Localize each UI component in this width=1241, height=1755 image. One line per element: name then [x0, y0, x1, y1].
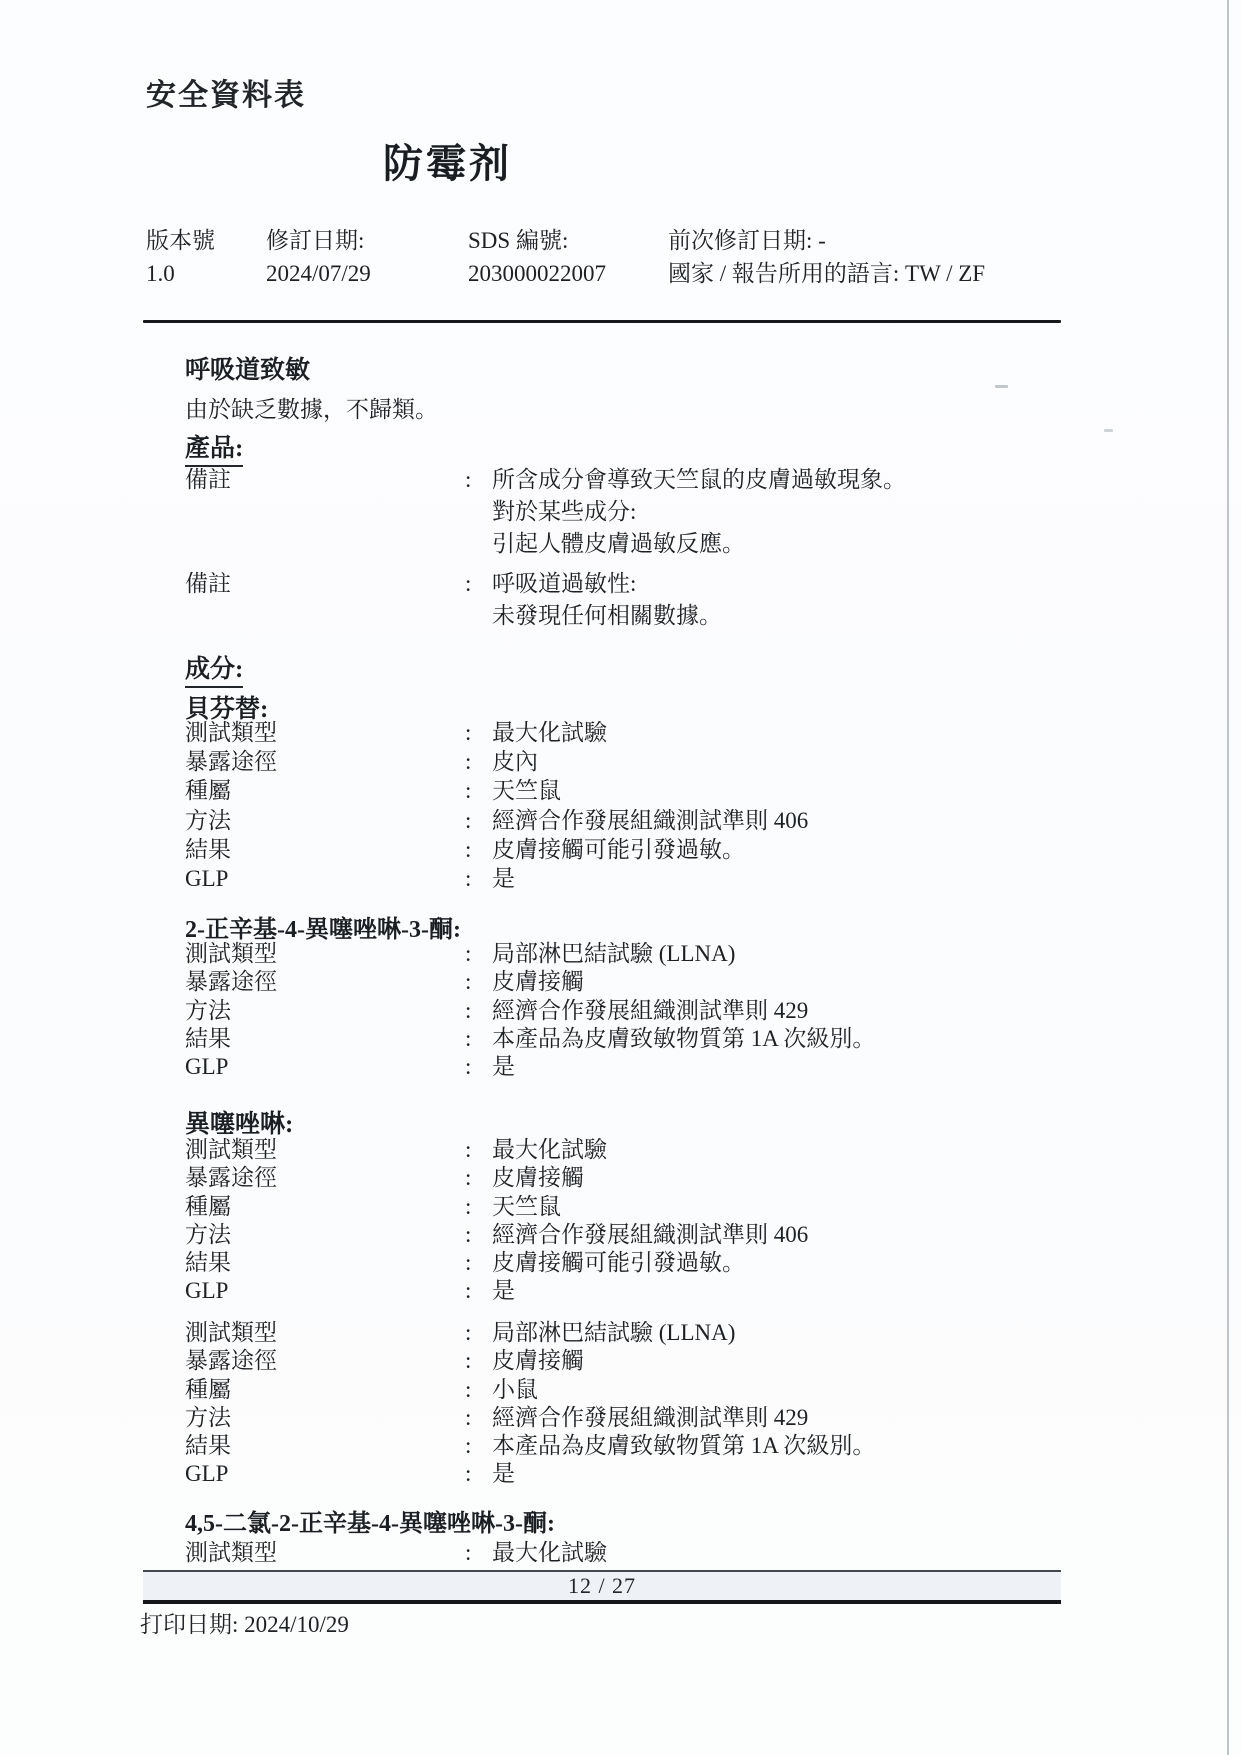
field-value-line: 是	[492, 1460, 1085, 1488]
revision-date-value: 2024/07/29	[266, 257, 468, 290]
field-row: 方法:經濟合作發展組織測試準則 406	[185, 1221, 1085, 1249]
field-row: 種屬:天竺鼠	[185, 776, 1085, 805]
field-value: 天竺鼠	[492, 776, 1085, 805]
field-label: 測試類型	[185, 940, 465, 968]
document-title: 安全資料表	[146, 70, 306, 114]
field-value: 皮膚接觸	[492, 1164, 1085, 1192]
component-isothiazoline-data-2: 測試類型:局部淋巴結試驗 (LLNA)暴露途徑:皮膚接觸種屬:小鼠方法:經濟合作…	[185, 1319, 1085, 1489]
field-colon: :	[465, 968, 492, 996]
print-date: 打印日期: 2024/10/29	[140, 1606, 349, 1639]
field-label: GLP	[185, 864, 465, 893]
footer-band: 12 / 27	[143, 1572, 1061, 1600]
field-value-line: 本產品為皮膚致敏物質第 1A 次級別。	[492, 1432, 1085, 1460]
field-value: 皮膚接觸	[492, 1347, 1085, 1375]
field-colon: :	[465, 1053, 492, 1081]
field-value-line: 所含成分會導致天竺鼠的皮膚過敏現象。	[492, 464, 1085, 496]
field-label: 測試類型	[185, 1538, 465, 1567]
field-row: 測試類型:局部淋巴結試驗 (LLNA)	[185, 940, 1085, 968]
field-row: 備註:所含成分會導致天竺鼠的皮膚過敏現象。對於某些成分:引起人體皮膚過敏反應。	[185, 464, 1085, 560]
field-value-line: 本產品為皮膚致敏物質第 1A 次級別。	[492, 1025, 1085, 1053]
field-label: 暴露途徑	[185, 747, 465, 776]
field-value-line: 是	[492, 1277, 1085, 1305]
field-row: GLP:是	[185, 864, 1085, 893]
field-row: 方法:經濟合作發展組織測試準則 429	[185, 997, 1085, 1025]
field-label: 測試類型	[185, 718, 465, 747]
field-value-line: 皮膚接觸可能引發過敏。	[492, 835, 1085, 864]
field-row: 測試類型:最大化試驗	[185, 1136, 1085, 1164]
field-colon: :	[465, 1538, 492, 1567]
sds-document-page: 安全資料表 防霉剂 版本號 1.0 修訂日期: 2024/07/29 SDS 編…	[0, 0, 1241, 1755]
field-value: 經濟合作發展組織測試準則 406	[492, 806, 1085, 835]
field-value-line: 局部淋巴結試驗 (LLNA)	[492, 940, 1085, 968]
field-value-line: 皮膚接觸	[492, 968, 1085, 996]
field-label: 方法	[185, 806, 465, 835]
field-value: 本產品為皮膚致敏物質第 1A 次級別。	[492, 1025, 1085, 1053]
scan-artifact	[1104, 429, 1113, 432]
component-heading-dichloro-octylisothiazolinone: 4,5-二氯-2-正辛基-4-異噻唑啉-3-酮:	[185, 1503, 555, 1538]
field-colon: :	[465, 1376, 492, 1404]
field-row: 方法:經濟合作發展組織測試準則 429	[185, 1404, 1085, 1432]
version-value: 1.0	[146, 257, 266, 290]
field-label: 方法	[185, 1404, 465, 1432]
field-value-line: 是	[492, 1053, 1085, 1081]
field-colon: :	[465, 776, 492, 805]
component-heading-isothiazoline: 異噻唑啉:	[185, 1104, 293, 1140]
product-remark-2: 備註:呼吸道過敏性:未發現任何相關數據。	[185, 568, 1085, 632]
field-label: 備註	[185, 464, 465, 560]
field-value: 最大化試驗	[492, 718, 1085, 747]
field-colon: :	[465, 1432, 492, 1460]
field-value-line: 小鼠	[492, 1376, 1085, 1404]
component-octylisothiazolinone-data: 測試類型:局部淋巴結試驗 (LLNA)暴露途徑:皮膚接觸方法:經濟合作發展組織測…	[185, 940, 1085, 1081]
field-value: 經濟合作發展組織測試準則 429	[492, 997, 1085, 1025]
field-colon: :	[465, 568, 492, 632]
field-value: 天竺鼠	[492, 1193, 1085, 1221]
field-value: 是	[492, 1460, 1085, 1488]
field-value-line: 經濟合作發展組織測試準則 429	[492, 1404, 1085, 1432]
field-colon: :	[465, 718, 492, 747]
field-value-line: 皮膚接觸	[492, 1164, 1085, 1192]
sds-number-label: SDS 編號:	[468, 224, 668, 257]
field-label: GLP	[185, 1053, 465, 1081]
field-label: 結果	[185, 1249, 465, 1277]
section-heading-product-wrap: 產品:	[185, 428, 243, 467]
field-colon: :	[465, 1277, 492, 1305]
field-colon: :	[465, 1319, 492, 1347]
field-label: 備註	[185, 568, 465, 632]
field-value: 最大化試驗	[492, 1538, 1085, 1567]
field-value: 局部淋巴結試驗 (LLNA)	[492, 940, 1085, 968]
field-value-line: 皮內	[492, 747, 1085, 776]
field-value-line: 引起人體皮膚過敏反應。	[492, 528, 1085, 560]
field-value: 最大化試驗	[492, 1136, 1085, 1164]
field-row: 結果:皮膚接觸可能引發過敏。	[185, 835, 1085, 864]
field-value: 皮膚接觸可能引發過敏。	[492, 1249, 1085, 1277]
field-colon: :	[465, 1136, 492, 1164]
field-row: GLP:是	[185, 1460, 1085, 1488]
header-rule	[143, 320, 1061, 323]
field-row: 暴露途徑:皮膚接觸	[185, 968, 1085, 996]
field-colon: :	[465, 1193, 492, 1221]
field-row: 種屬:小鼠	[185, 1376, 1085, 1404]
field-colon: :	[465, 464, 492, 560]
sds-number-value: 203000022007	[468, 257, 668, 290]
section-heading-respiratory-sensitisation: 呼吸道致敏	[185, 350, 310, 386]
field-colon: :	[465, 997, 492, 1025]
field-row: 備註:呼吸道過敏性:未發現任何相關數據。	[185, 568, 1085, 632]
field-row: GLP:是	[185, 1277, 1085, 1305]
section-heading-product: 產品:	[185, 428, 243, 467]
field-colon: :	[465, 806, 492, 835]
field-row: GLP:是	[185, 1053, 1085, 1081]
field-colon: :	[465, 1347, 492, 1375]
field-row: 方法:經濟合作發展組織測試準則 406	[185, 806, 1085, 835]
field-colon: :	[465, 864, 492, 893]
field-value-line: 是	[492, 864, 1085, 893]
field-colon: :	[465, 940, 492, 968]
respiratory-classification-text: 由於缺乏數據，不歸類。	[185, 391, 438, 424]
page-number: 12 / 27	[568, 1573, 636, 1599]
meta-col-version: 版本號 1.0	[146, 224, 266, 290]
field-value-line: 對於某些成分:	[492, 496, 1085, 528]
field-value: 是	[492, 1277, 1085, 1305]
field-value-line: 皮膚接觸	[492, 1347, 1085, 1375]
scan-artifact	[995, 385, 1008, 388]
field-colon: :	[465, 835, 492, 864]
field-value: 是	[492, 864, 1085, 893]
field-value: 皮膚接觸可能引發過敏。	[492, 835, 1085, 864]
field-value: 皮膚接觸	[492, 968, 1085, 996]
field-value-line: 局部淋巴結試驗 (LLNA)	[492, 1319, 1085, 1347]
field-value-line: 呼吸道過敏性:	[492, 568, 1085, 600]
field-value-line: 最大化試驗	[492, 1538, 1085, 1567]
component-carbendazim-data: 測試類型:最大化試驗暴露途徑:皮內種屬:天竺鼠方法:經濟合作發展組織測試準則 4…	[185, 718, 1085, 893]
field-value-line: 最大化試驗	[492, 1136, 1085, 1164]
meta-col-previous-revision: 前次修訂日期: - 國家 / 報告所用的語言: TW / ZF	[668, 224, 1062, 290]
field-value-line: 天竺鼠	[492, 776, 1085, 805]
field-value-line: 未發現任何相關數據。	[492, 600, 1085, 632]
field-row: 測試類型:最大化試驗	[185, 1538, 1085, 1567]
field-value-line: 最大化試驗	[492, 718, 1085, 747]
country-language-value: 國家 / 報告所用的語言: TW / ZF	[668, 257, 1062, 290]
field-value: 局部淋巴結試驗 (LLNA)	[492, 1319, 1085, 1347]
field-colon: :	[465, 1164, 492, 1192]
field-row: 測試類型:局部淋巴結試驗 (LLNA)	[185, 1319, 1085, 1347]
field-value: 小鼠	[492, 1376, 1085, 1404]
field-value-line: 經濟合作發展組織測試準則 406	[492, 1221, 1085, 1249]
product-name-title: 防霉剂	[383, 132, 512, 189]
field-colon: :	[465, 747, 492, 776]
field-label: 種屬	[185, 1376, 465, 1404]
field-row: 測試類型:最大化試驗	[185, 718, 1085, 747]
field-value: 本產品為皮膚致敏物質第 1A 次級別。	[492, 1432, 1085, 1460]
field-colon: :	[465, 1249, 492, 1277]
footer-rule-thick	[143, 1600, 1061, 1604]
field-label: 種屬	[185, 1193, 465, 1221]
revision-header: 版本號 1.0 修訂日期: 2024/07/29 SDS 編號: 2030000…	[146, 224, 1062, 290]
field-row: 結果:本產品為皮膚致敏物質第 1A 次級別。	[185, 1432, 1085, 1460]
field-label: 種屬	[185, 776, 465, 805]
field-value: 皮內	[492, 747, 1085, 776]
field-label: 結果	[185, 835, 465, 864]
section-heading-components-wrap: 成分:	[185, 649, 243, 688]
field-value-line: 經濟合作發展組織測試準則 406	[492, 806, 1085, 835]
field-value-line: 天竺鼠	[492, 1193, 1085, 1221]
scan-edge-line	[1227, 0, 1229, 1755]
field-label: 測試類型	[185, 1319, 465, 1347]
product-remark-1: 備註:所含成分會導致天竺鼠的皮膚過敏現象。對於某些成分:引起人體皮膚過敏反應。	[185, 464, 1085, 560]
field-label: 暴露途徑	[185, 1164, 465, 1192]
revision-date-label: 修訂日期:	[266, 224, 468, 257]
field-value: 經濟合作發展組織測試準則 429	[492, 1404, 1085, 1432]
field-label: 結果	[185, 1432, 465, 1460]
field-label: 方法	[185, 997, 465, 1025]
field-row: 暴露途徑:皮膚接觸	[185, 1164, 1085, 1192]
field-label: GLP	[185, 1277, 465, 1305]
field-colon: :	[465, 1221, 492, 1249]
field-value: 呼吸道過敏性:未發現任何相關數據。	[492, 568, 1085, 632]
field-row: 結果:皮膚接觸可能引發過敏。	[185, 1249, 1085, 1277]
field-row: 結果:本產品為皮膚致敏物質第 1A 次級別。	[185, 1025, 1085, 1053]
field-colon: :	[465, 1404, 492, 1432]
section-heading-components: 成分:	[185, 649, 243, 688]
component-isothiazoline-data-1: 測試類型:最大化試驗暴露途徑:皮膚接觸種屬:天竺鼠方法:經濟合作發展組織測試準則…	[185, 1136, 1085, 1306]
version-label: 版本號	[146, 224, 266, 257]
field-label: 方法	[185, 1221, 465, 1249]
previous-revision-label: 前次修訂日期: -	[668, 224, 1062, 257]
meta-col-sds-number: SDS 編號: 203000022007	[468, 224, 668, 290]
component-dichloro-octylisothiazolinone-data: 測試類型:最大化試驗	[185, 1538, 1085, 1567]
field-value-line: 經濟合作發展組織測試準則 429	[492, 997, 1085, 1025]
field-row: 暴露途徑:皮膚接觸	[185, 1347, 1085, 1375]
field-label: 暴露途徑	[185, 1347, 465, 1375]
field-value-line: 皮膚接觸可能引發過敏。	[492, 1249, 1085, 1277]
meta-col-revision-date: 修訂日期: 2024/07/29	[266, 224, 468, 290]
field-label: GLP	[185, 1460, 465, 1488]
field-label: 結果	[185, 1025, 465, 1053]
field-label: 測試類型	[185, 1136, 465, 1164]
field-value: 所含成分會導致天竺鼠的皮膚過敏現象。對於某些成分:引起人體皮膚過敏反應。	[492, 464, 1085, 560]
field-colon: :	[465, 1025, 492, 1053]
component-heading-octylisothiazolinone: 2-正辛基-4-異噻唑啉-3-酮:	[185, 909, 461, 944]
field-row: 暴露途徑:皮內	[185, 747, 1085, 776]
field-colon: :	[465, 1460, 492, 1488]
field-value: 是	[492, 1053, 1085, 1081]
field-value: 經濟合作發展組織測試準則 406	[492, 1221, 1085, 1249]
field-label: 暴露途徑	[185, 968, 465, 996]
field-row: 種屬:天竺鼠	[185, 1193, 1085, 1221]
